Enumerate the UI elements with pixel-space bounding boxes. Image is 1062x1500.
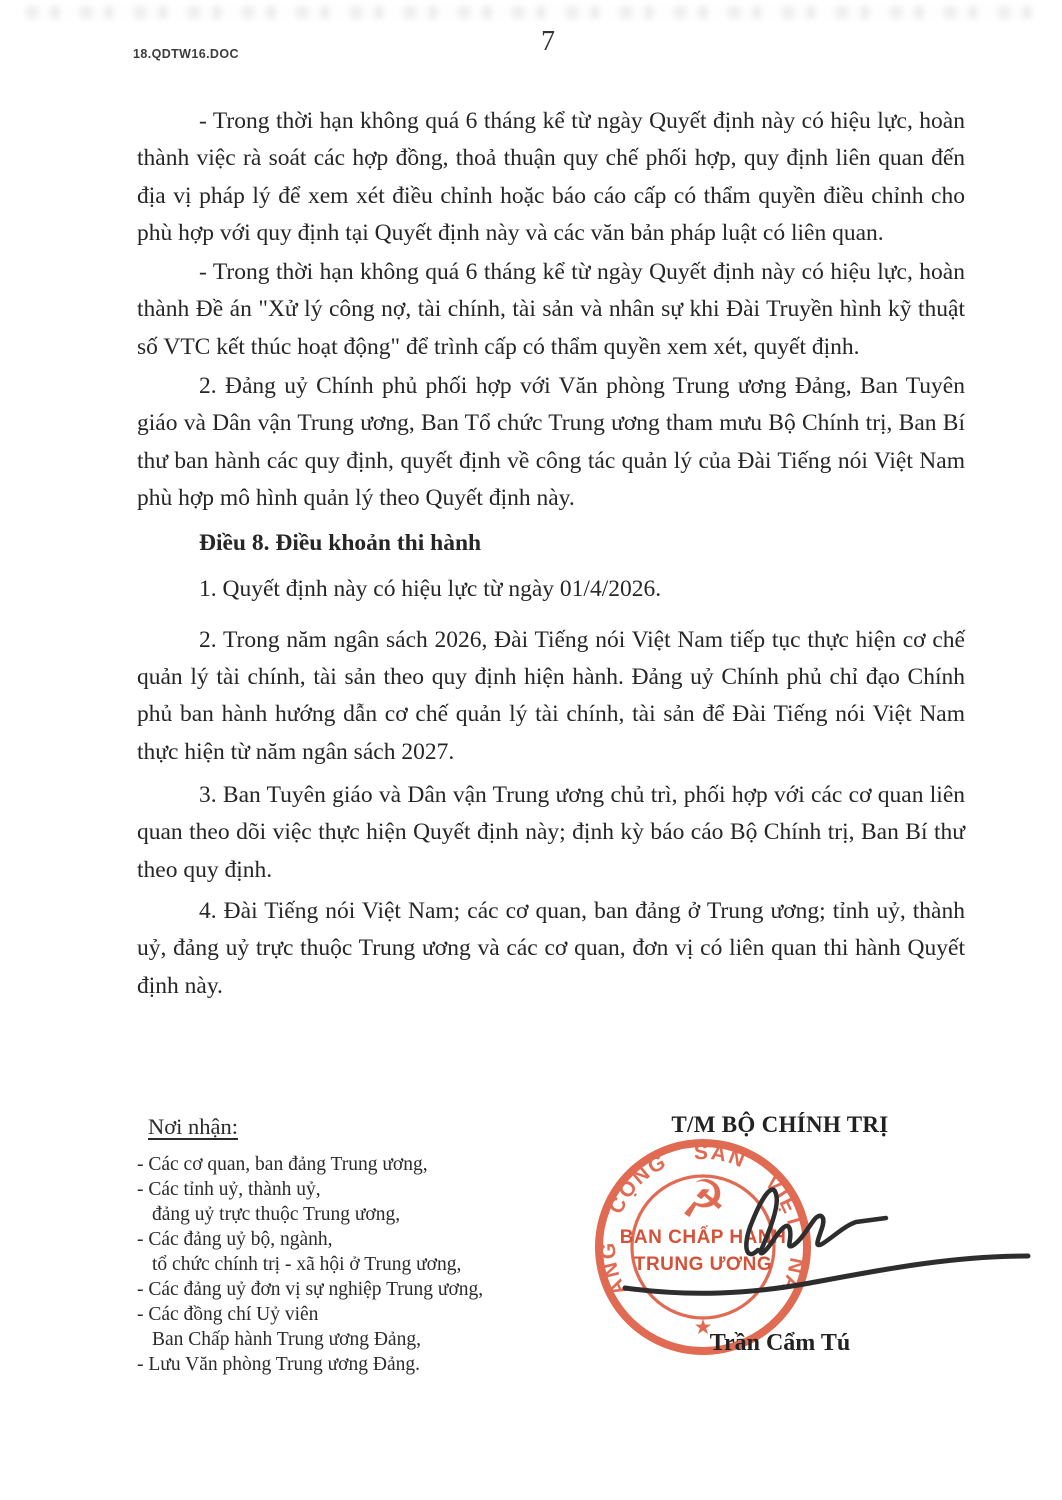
paragraph-review-contracts: - Trong thời hạn không quá 6 tháng kể từ…	[137, 103, 965, 252]
scan-noise-band	[26, 6, 1036, 19]
paragraph-party-committee-coordination: 2. Đảng uỷ Chính phủ phối hợp với Văn ph…	[137, 368, 965, 517]
recipient-line: - Các cơ quan, ban đảng Trung ương,	[137, 1152, 557, 1177]
recipients-list: - Các cơ quan, ban đảng Trung ương, - Cá…	[137, 1152, 557, 1377]
recipient-line: Ban Chấp hành Trung ương Đảng,	[137, 1327, 557, 1352]
paragraph-budget-2026: 2. Trong năm ngân sách 2026, Đài Tiếng n…	[137, 622, 965, 771]
recipient-line: - Các đồng chí Uỷ viên	[137, 1302, 557, 1327]
paragraph-effective-date: 1. Quyết định này có hiệu lực từ ngày 01…	[137, 571, 965, 608]
page-number: 7	[17, 26, 1062, 58]
article-8-heading: Điều 8. Điều khoản thi hành	[137, 525, 965, 562]
paragraph-vtc-project: - Trong thời hạn không quá 6 tháng kể từ…	[137, 254, 965, 366]
signature-squiggle	[746, 1190, 886, 1254]
recipients-title: Nơi nhận:	[148, 1114, 238, 1140]
recipient-line: - Lưu Văn phòng Trung ương Đảng.	[137, 1352, 557, 1377]
recipient-line: - Các đảng uỷ bộ, ngành,	[137, 1227, 557, 1252]
recipient-line: đảng uỷ trực thuộc Trung ương,	[137, 1202, 557, 1227]
handwritten-signature	[600, 1150, 1050, 1320]
paragraph-implementation: 4. Đài Tiếng nói Việt Nam; các cơ quan, …	[137, 893, 965, 1005]
recipient-line: - Các tỉnh uỷ, thành uỷ,	[137, 1177, 557, 1202]
document-body: - Trong thời hạn không quá 6 tháng kể từ…	[137, 103, 965, 1007]
paragraph-monitoring: 3. Ban Tuyên giáo và Dân vận Trung ương …	[137, 777, 965, 889]
recipient-line: tổ chức chính trị - xã hội ở Trung ương,	[137, 1252, 557, 1277]
signature-underline-stroke	[625, 1256, 1028, 1293]
recipient-line: - Các đảng uỷ đơn vị sự nghiệp Trung ươn…	[137, 1277, 557, 1302]
signer-name: Trần Cẩm Tú	[630, 1330, 930, 1357]
signing-authority: T/M BỘ CHÍNH TRỊ	[600, 1112, 960, 1138]
document-page: 18.QDTW16.DOC 7 - Trong thời hạn không q…	[0, 0, 1062, 1500]
